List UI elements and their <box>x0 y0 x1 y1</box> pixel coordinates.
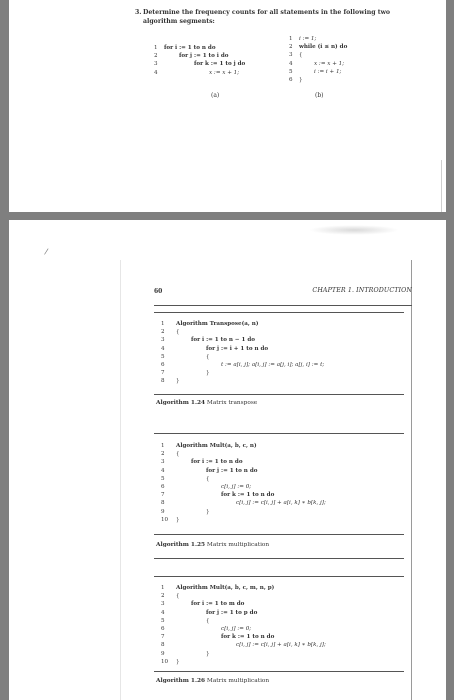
code-line: for j := 1 to i do <box>179 52 229 60</box>
line-number: 2 <box>161 328 169 336</box>
caption-label: Algorithm 1.24 <box>156 400 205 406</box>
line-number: 6 <box>289 76 297 84</box>
code-line: for i := 1 to n − 1 do <box>191 336 255 344</box>
code-line: Algorithm Mult(a, b, c, m, n, p) <box>176 584 274 592</box>
line-number: 3 <box>161 600 169 608</box>
line-number: 6 <box>161 361 169 369</box>
line-number: 4 <box>154 69 162 77</box>
line-number: 4 <box>289 60 297 68</box>
line-number: 2 <box>154 52 162 60</box>
code-line: } <box>299 76 303 84</box>
code-line: } <box>206 508 210 516</box>
line-number: 9 <box>161 650 169 658</box>
algorithm-bottom-rule <box>154 394 404 395</box>
caption-text: Matrix multiplication <box>207 542 269 548</box>
algorithm-top-rule <box>154 433 404 434</box>
page-edge-line <box>441 160 442 212</box>
code-line: { <box>176 328 180 336</box>
line-number: 8 <box>161 499 169 507</box>
line-number: 9 <box>161 508 169 516</box>
code-line: for j := 1 to n do <box>206 467 257 475</box>
code-line: } <box>176 516 180 524</box>
algorithm-top-rule <box>154 312 404 313</box>
algorithm-top-rule <box>154 576 404 577</box>
question-number: 3. <box>135 8 141 17</box>
line-number: 1 <box>161 320 169 328</box>
line-number: 10 <box>161 658 169 666</box>
code-line: for i := 1 to n do <box>164 44 216 52</box>
code-line: { <box>206 475 210 483</box>
algorithm-1-26-caption: Algorithm 1.26 Matrix multiplication <box>156 678 269 684</box>
line-number: 3 <box>161 336 169 344</box>
code-line: c[i, j] := c[i, j] + a[i, k] ∗ b[k, j]; <box>236 641 326 649</box>
document-page-2: / 60 CHAPTER 1. INTRODUCTION 1Algorithm … <box>9 220 446 700</box>
line-number: 6 <box>161 483 169 491</box>
line-number: 2 <box>161 450 169 458</box>
line-number: 1 <box>289 35 297 43</box>
code-line: i := 1; <box>299 35 316 43</box>
code-line: { <box>206 353 210 361</box>
line-number: 7 <box>161 369 169 377</box>
line-number: 1 <box>161 584 169 592</box>
line-number: 5 <box>161 353 169 361</box>
line-number: 5 <box>161 475 169 483</box>
line-number: 10 <box>161 516 169 524</box>
code-line: { <box>206 617 210 625</box>
line-number: 5 <box>289 68 297 76</box>
code-line: for j := i + 1 to n do <box>206 345 268 353</box>
line-number: 1 <box>161 442 169 450</box>
line-number: 1 <box>154 44 162 52</box>
code-line: for k := 1 to n do <box>221 491 274 499</box>
line-number: 4 <box>161 609 169 617</box>
line-number: 3 <box>289 51 297 59</box>
code-line: } <box>176 377 180 385</box>
algorithm-separator-rule <box>154 558 404 559</box>
document-page-1: 3. Determine the frequency counts for al… <box>9 0 446 212</box>
line-number: 7 <box>161 491 169 499</box>
code-line: Algorithm Transpose(a, n) <box>176 320 258 328</box>
line-number: 4 <box>161 467 169 475</box>
code-line: c[i, j] := 0; <box>221 483 251 491</box>
caption-text: Matrix multiplication <box>207 678 269 684</box>
question-body: Determine the frequency counts for all s… <box>143 9 390 25</box>
code-line: x := x + 1; <box>209 69 239 77</box>
line-number: 8 <box>161 377 169 385</box>
caption-text: Matrix transpose <box>207 400 257 406</box>
question-text: 3. Determine the frequency counts for al… <box>143 8 403 26</box>
chapter-header: CHAPTER 1. INTRODUCTION <box>312 287 412 294</box>
line-number: 2 <box>289 43 297 51</box>
code-line: { <box>176 592 180 600</box>
algorithm-1-25-caption: Algorithm 1.25 Matrix multiplication <box>156 542 269 548</box>
segment-a-label: (a) <box>211 92 219 99</box>
algorithm-bottom-rule <box>154 671 404 672</box>
code-line: } <box>206 650 210 658</box>
line-number: 8 <box>161 641 169 649</box>
code-line: x := x + 1; <box>314 60 344 68</box>
algorithm-bottom-rule <box>154 534 404 535</box>
line-number: 4 <box>161 345 169 353</box>
code-line: for i := 1 to n do <box>191 458 243 466</box>
line-number: 7 <box>161 633 169 641</box>
code-line: while (i ≤ n) do <box>299 43 347 51</box>
code-line: } <box>206 369 210 377</box>
header-rule <box>154 305 412 306</box>
code-line: } <box>176 658 180 666</box>
code-line: for k := 1 to j do <box>194 60 245 68</box>
line-number: 5 <box>161 617 169 625</box>
code-line: for j := 1 to p do <box>206 609 257 617</box>
line-number: 3 <box>161 458 169 466</box>
code-line: for i := 1 to m do <box>191 600 244 608</box>
line-number: 2 <box>161 592 169 600</box>
code-line: Algorithm Mult(a, b, c, n) <box>176 442 257 450</box>
line-number: 3 <box>154 60 162 68</box>
scanned-book-page: 60 CHAPTER 1. INTRODUCTION 1Algorithm Tr… <box>120 260 404 700</box>
code-line: { <box>299 51 303 59</box>
pencil-mark: / <box>44 247 49 256</box>
code-line: c[i, j] := 0; <box>221 625 251 633</box>
code-line: c[i, j] := c[i, j] + a[i, k] ∗ b[k, j]; <box>236 499 326 507</box>
code-line: t := a[i, j]; a[i, j] := a[j, i]; a[j, i… <box>221 361 324 369</box>
algorithm-1-24-caption: Algorithm 1.24 Matrix transpose <box>156 400 257 406</box>
scan-smudge <box>309 225 399 235</box>
caption-label: Algorithm 1.26 <box>156 678 205 684</box>
code-line: { <box>176 450 180 458</box>
line-number: 6 <box>161 625 169 633</box>
page-border <box>411 260 412 700</box>
page-number: 60 <box>154 288 162 295</box>
segment-b-label: (b) <box>315 92 324 99</box>
caption-label: Algorithm 1.25 <box>156 542 205 548</box>
code-line: for k := 1 to n do <box>221 633 274 641</box>
code-line: i := i + 1; <box>314 68 341 76</box>
